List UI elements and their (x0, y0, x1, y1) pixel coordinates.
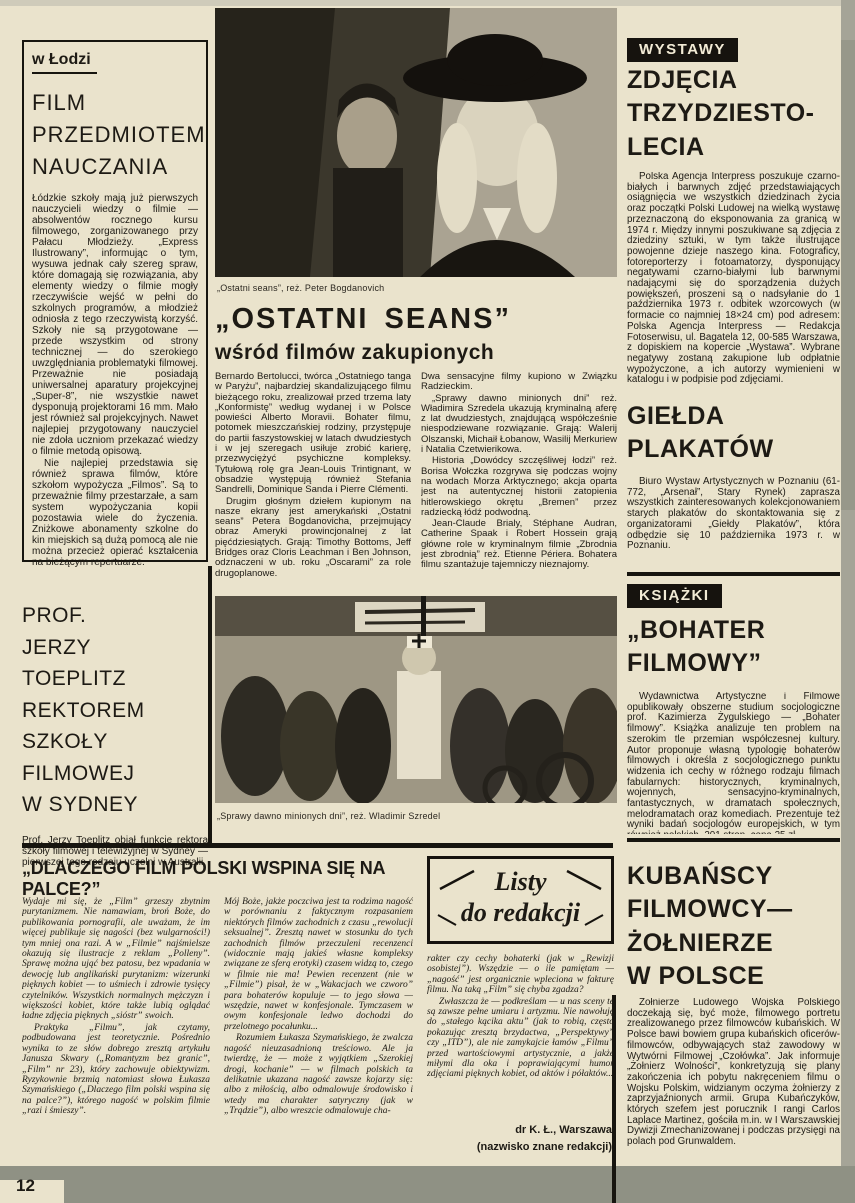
subheadline-wsrod-filmow: wśród filmów zakupionych (215, 341, 617, 365)
article-column-left: Bernardo Bertolucci, twórca „Ostatniego … (215, 372, 411, 596)
headline-ostatni-seans: „OSTATNI SEANS” (215, 303, 617, 336)
signature-note: (nazwisko znane redakcji) (427, 1139, 612, 1156)
wystawy-label: WYSTAWY (627, 38, 738, 62)
magazine-page: w Łodzi FILM PRZEDMIOTEM NAUCZANIA Łódzk… (0, 0, 855, 1203)
headline-gielda-plakatow: GIEŁDA PLAKATÓW (627, 400, 840, 467)
listy-do-redakcji-box: Listy do redakcji (427, 856, 614, 944)
rail-divider (627, 572, 840, 576)
section-label-ksiazki: KSIĄŻKI (627, 584, 722, 608)
paragraph: rakter czy cechy bohaterki (jak w „Rewiz… (427, 954, 614, 996)
photo-caption: „Sprawy dawno minionych dni”, reż. Wladi… (217, 811, 619, 821)
scan-edge-right-shadow (841, 40, 855, 510)
article-gielda-body: Biuro Wystaw Artystycznych w Poznaniu (6… (627, 477, 840, 567)
paragraph: Łódzkie szkoły mają już pierwszych naucz… (32, 193, 198, 457)
section-label-wystawy: WYSTAWY (627, 38, 738, 62)
listy-do-redakcji-title: Listy do redakcji (430, 867, 611, 928)
paragraph: Mój Boże, jakże poczciwa jest ta rodzima… (224, 897, 413, 1032)
headline-dlaczego-film-polski: „DLACZEGO FILM POLSKI WSPINA SIĘ NA PALC… (22, 858, 442, 900)
film-still-sprawy-dawno-minionych-dni (215, 596, 617, 803)
article-bohater-body: Wydawnictwa Artystyczne i Filmowe opubli… (627, 692, 840, 834)
article-column-right: Dwa sensacyjne filmy kupiono w Związku R… (421, 372, 617, 596)
article-ostatni-seans-head: „OSTATNI SEANS” wśród filmów zakupionych (215, 303, 617, 365)
paragraph: Praktyka „Filmu”, jak czytamy, podbudowa… (22, 1023, 210, 1117)
letter-column-2: Mój Boże, jakże poczciwa jest ta rodzima… (224, 897, 413, 1167)
paragraph: Nie najlepiej przedstawia się również sp… (32, 458, 198, 568)
film-still-sprawy-art (215, 596, 617, 803)
paragraph: Jean-Claude Brialy, Stéphane Audran, Cat… (421, 519, 617, 570)
article-zdjecia-body: Polska Agencja Interpress poszukuje czar… (627, 172, 840, 394)
headline-film-przedmiotem-nauczania: FILM PRZEDMIOTEM NAUCZANIA (32, 87, 198, 183)
paragraph: Bernardo Bertolucci, twórca „Ostatniego … (215, 372, 411, 496)
paragraph: Dwa sensacyjne filmy kupiono w Związku R… (421, 372, 617, 393)
letter-signature: dr K. Ł., Warszawa (nazwisko znane redak… (427, 1122, 614, 1155)
scan-edge-top (0, 0, 855, 6)
paragraph: Biuro Wystaw Artystycznych w Poznaniu (6… (627, 477, 840, 552)
paragraph: Rozumiem Łukasza Szymańskiego, że zwalcz… (224, 1033, 413, 1116)
paragraph: „Sprawy dawno minionych dni” reż. Władim… (421, 394, 617, 456)
photo-caption: „Ostatni seans”, reż. Peter Bogdanovich (217, 283, 619, 293)
letter-column-3: Listy do redakcji rakter czy cechy bohat… (427, 856, 614, 1155)
headline-bohater-filmowy: „BOHATER FILMOWY” (627, 614, 840, 681)
headline-kubanscy-filmowcy: KUBAŃSCY FILMOWCY— ŻOŁNIERZE W POLSCE (627, 860, 840, 993)
kicker-w-lodzi: w Łodzi (32, 51, 97, 74)
article-ostatni-seans-body: Bernardo Bertolucci, twórca „Ostatniego … (215, 372, 617, 596)
paragraph: Drugim głośnym dziełem kupionym na nasze… (215, 497, 411, 579)
paragraph: Wydawnictwa Artystyczne i Filmowe opubli… (627, 692, 840, 834)
article-kubanscy-body: Żołnierze Ludowego Wojska Polskiego docz… (627, 998, 840, 1158)
article-film-przedmiotem-nauczania: w Łodzi FILM PRZEDMIOTEM NAUCZANIA Łódzk… (22, 40, 208, 562)
letter-column-1: Wydaje mi się, że „Film” grzeszy zbytnim… (22, 897, 210, 1163)
paragraph: Wydaje mi się, że „Film” grzeszy zbytnim… (22, 897, 210, 1022)
headline-toeplitz: PROF. JERZY TOEPLITZ REKTOREM SZKOŁY FIL… (22, 600, 208, 821)
article-body: Łódzkie szkoły mają już pierwszych naucz… (32, 193, 198, 568)
letter-column-3-text: rakter czy cechy bohaterki (jak w „Rewiz… (427, 954, 614, 1112)
page-number: 12 (16, 1176, 35, 1196)
column-divider-vertical (208, 566, 212, 843)
article-toeplitz: PROF. JERZY TOEPLITZ REKTOREM SZKOŁY FIL… (22, 600, 208, 868)
paragraph: Żołnierze Ludowego Wojska Polskiego docz… (627, 998, 840, 1148)
paragraph: Polska Agencja Interpress poszukuje czar… (627, 172, 840, 386)
rail-divider (627, 838, 840, 842)
ksiazki-label: KSIĄŻKI (627, 584, 722, 608)
headline-zdjecia-trzydziestolecia: ZDJĘCIA TRZYDZIESTO- LECIA (627, 64, 840, 164)
section-divider-horizontal (22, 843, 613, 848)
scan-edge-bottom-right (64, 1166, 855, 1203)
signature-name: dr K. Ł., Warszawa (427, 1122, 612, 1139)
film-still-ostatni-seans (215, 8, 617, 277)
paragraph: Zwłaszcza że — podkreślam — u nas sceny … (427, 997, 614, 1080)
paragraph: Historia „Dowódcy szczęśliwej łodzi” reż… (421, 456, 617, 518)
film-still-ostatni-seans-art (215, 8, 617, 277)
